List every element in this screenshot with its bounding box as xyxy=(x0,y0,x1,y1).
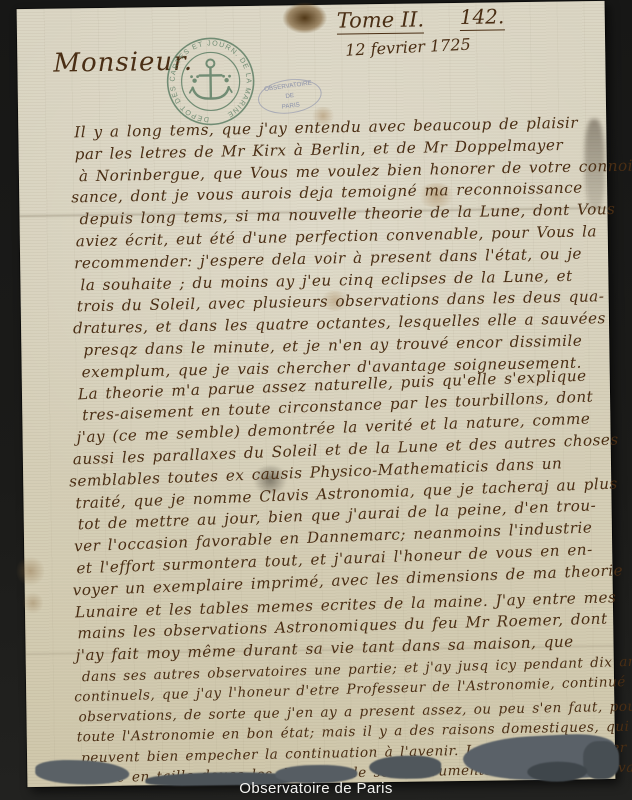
institution-caption: Observatoire de Paris xyxy=(0,780,632,797)
letter-page: Tome II. 142. 12 fevrier 1725 Monsieur. … xyxy=(17,1,616,787)
oval-stamp-line: OBSERVATOIRE xyxy=(264,80,312,93)
letter-date: 12 fevrier 1725 xyxy=(345,35,471,60)
page-number: 142. xyxy=(460,4,505,31)
observatory-oval-stamp: OBSERVATOIRE DE PARIS xyxy=(256,75,324,117)
stain-left-edge-2 xyxy=(23,591,43,615)
marine-archive-stamp: DEPOT DES CARTES ET JOURN. DE LA MARINE xyxy=(165,36,256,127)
stain-left-edge-1 xyxy=(16,555,44,587)
tome-annotation: Tome II. xyxy=(337,7,425,34)
oval-stamp-line: PARIS xyxy=(282,102,301,111)
ink-stain xyxy=(275,1,336,44)
damage-patch xyxy=(583,741,620,779)
damage-patch xyxy=(369,755,441,779)
scan-background: Tome II. 142. 12 fevrier 1725 Monsieur. … xyxy=(0,0,632,800)
oval-stamp-line: DE xyxy=(285,93,294,100)
letter-body: Il y a long tems, que j'ay entendu avec … xyxy=(48,115,615,789)
